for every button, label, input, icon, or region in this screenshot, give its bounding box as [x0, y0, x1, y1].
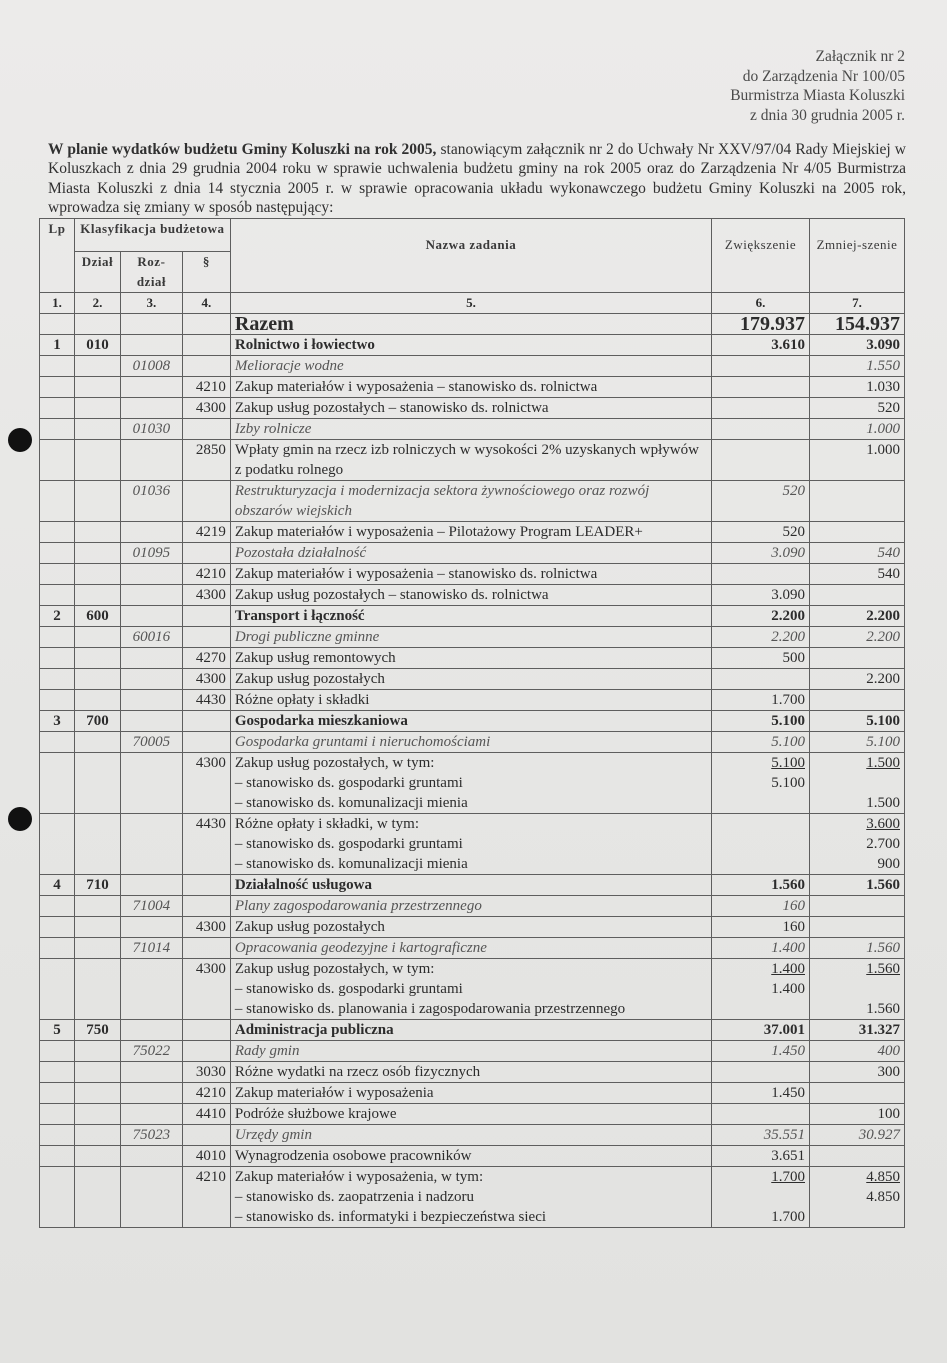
cell-nazwa-line: Zakup materiałów i wyposażenia – Pilotaż… [235, 522, 707, 542]
table-row-par: 4210Zakup materiałów i wyposażenia – sta… [40, 377, 905, 398]
cell-paragraf [182, 543, 230, 564]
cell-lp [40, 938, 75, 959]
punch-hole [8, 428, 32, 452]
cell-rozdzial: 01095 [120, 543, 182, 564]
cell-zwiekszenie: 1.4001.400 [712, 959, 810, 1020]
cell-paragraf: 4210 [182, 377, 230, 398]
header-paragraf: § [182, 252, 230, 293]
table-row-par: 4210Zakup materiałów i wyposażenia, w ty… [40, 1167, 905, 1228]
cell-nazwa: Zakup usług pozostałych, w tym:– stanowi… [230, 959, 711, 1020]
cell-zmniejszenie-line: 1.560 [814, 959, 900, 979]
cell-zwiekszenie-line: 520 [716, 522, 805, 542]
cell-zwiekszenie-line [716, 814, 805, 834]
header-zwiekszenie: Zwiększenie [712, 219, 810, 293]
cell-lp [40, 1083, 75, 1104]
cell-lp [40, 690, 75, 711]
cell-zmniejszenie [810, 917, 905, 938]
cell-zmniejszenie-line: 2.200 [814, 606, 900, 626]
cell-zmniejszenie: 520 [810, 398, 905, 419]
cell-zwiekszenie-line [716, 669, 805, 689]
cell-nazwa: Zakup materiałów i wyposażenia – stanowi… [230, 564, 711, 585]
cell-lp [40, 564, 75, 585]
cell-rozdzial [120, 522, 182, 543]
cell-nazwa: Izby rolnicze [230, 419, 711, 440]
cell-nazwa: Różne opłaty i składki [230, 690, 711, 711]
cell-zwiekszenie: 160 [712, 896, 810, 917]
cell-lp [40, 1104, 75, 1125]
cell-zmniejszenie: 31.327 [810, 1020, 905, 1041]
cell-paragraf: 4010 [182, 1146, 230, 1167]
cell-dzial: 750 [74, 1020, 120, 1041]
attachment-header: Załącznik nr 2 do Zarządzenia Nr 100/05 … [730, 47, 905, 125]
table-row-par: 2850Wpłaty gmin na rzecz izb rolniczych … [40, 440, 905, 481]
table-row-rozdzial: 70005Gospodarka gruntami i nieruchomości… [40, 732, 905, 753]
cell-paragraf [182, 938, 230, 959]
cell-rozdzial: 75022 [120, 1041, 182, 1062]
cell-rozdzial [120, 753, 182, 814]
cell-nazwa: Zakup materiałów i wyposażenia – stanowi… [230, 377, 711, 398]
cell-zmniejszenie-line: 2.700 [814, 834, 900, 854]
cell-zmniejszenie [810, 648, 905, 669]
cell-lp: 5 [40, 1020, 75, 1041]
cell-lp [40, 627, 75, 648]
cell-zmniejszenie-line: 3.090 [814, 335, 900, 355]
table-row-dzial: 4710Działalność usługowa1.5601.560 [40, 875, 905, 896]
col-index: 5. [230, 293, 711, 314]
cell-zwiekszenie-line: 1.560 [716, 875, 805, 895]
cell-zwiekszenie: 3.090 [712, 543, 810, 564]
cell-dzial [74, 585, 120, 606]
cell-nazwa: Zakup materiałów i wyposażenia, w tym:– … [230, 1167, 711, 1228]
cell-nazwa: Opracowania geodezyjne i kartograficzne [230, 938, 711, 959]
cell-lp [40, 481, 75, 522]
cell-dzial [74, 377, 120, 398]
cell-zwiekszenie: 2.200 [712, 627, 810, 648]
cell-lp [40, 814, 75, 875]
header-zmniejszenie: Zmniej-szenie [810, 219, 905, 293]
cell-zwiekszenie-line: 1.400 [716, 979, 805, 999]
cell-zwiekszenie-line [716, 999, 805, 1019]
cell-zmniejszenie [810, 896, 905, 917]
cell-paragraf: 4300 [182, 753, 230, 814]
table-row-par: 4300Zakup usług pozostałych160 [40, 917, 905, 938]
table-row-rozdzial: 01030Izby rolnicze 1.000 [40, 419, 905, 440]
cell-zwiekszenie [712, 669, 810, 690]
cell-nazwa-line: Zakup usług pozostałych – stanowisko ds.… [235, 585, 707, 605]
cell-zwiekszenie [712, 398, 810, 419]
cell-zmniejszenie: 1.030 [810, 377, 905, 398]
budget-changes-table: Lp Klasyfikacja budżetowa Nazwa zadania … [39, 218, 905, 1228]
cell-dzial [74, 419, 120, 440]
cell-zmniejszenie: 1.560 1.560 [810, 959, 905, 1020]
cell-zmniejszenie-line: 4.850 [814, 1187, 900, 1207]
cell-zwiekszenie: 500 [712, 648, 810, 669]
cell-zwiekszenie [712, 356, 810, 377]
cell-paragraf: 4210 [182, 1083, 230, 1104]
table-row-par: 3030Różne wydatki na rzecz osób fizyczny… [40, 1062, 905, 1083]
cell-nazwa-line: Zakup materiałów i wyposażenia [235, 1083, 707, 1103]
cell-zmniejszenie-line: 300 [814, 1062, 900, 1082]
cell-dzial [74, 1125, 120, 1146]
cell-zmniejszenie: 2.200 [810, 669, 905, 690]
cell-lp [40, 1041, 75, 1062]
cell-rozdzial: 01036 [120, 481, 182, 522]
table-row-par: 4300Zakup usług pozostałych 2.200 [40, 669, 905, 690]
cell-zmniejszenie-line: 1.000 [814, 440, 900, 460]
col-index: 1. [40, 293, 75, 314]
cell-zwiekszenie-line: 5.100 [716, 711, 805, 731]
cell-zwiekszenie-line: 2.200 [716, 606, 805, 626]
cell-nazwa-line: – stanowisko ds. informatyki i bezpiecze… [235, 1207, 707, 1227]
cell-zwiekszenie [712, 1104, 810, 1125]
cell-rozdzial [120, 959, 182, 1020]
cell-nazwa-line: Izby rolnicze [235, 419, 707, 439]
cell-paragraf [182, 627, 230, 648]
header-line: do Zarządzenia Nr 100/05 [730, 67, 905, 87]
cell-paragraf: 4300 [182, 585, 230, 606]
cell-nazwa-line: – stanowisko ds. komunalizacji mienia [235, 793, 707, 813]
cell-zmniejszenie-line: 4.850 [814, 1167, 900, 1187]
header-nazwa: Nazwa zadania [230, 219, 711, 293]
col-index: 4. [182, 293, 230, 314]
cell-rozdzial: 01030 [120, 419, 182, 440]
cell-lp: 4 [40, 875, 75, 896]
cell-nazwa: Pozostała działalność [230, 543, 711, 564]
cell-zmniejszenie-line [814, 773, 900, 793]
cell-rozdzial: 01008 [120, 356, 182, 377]
razem-row: Razem 179.937 154.937 [40, 314, 905, 335]
intro-paragraph: W planie wydatków budżetu Gminy Koluszki… [48, 140, 906, 217]
cell-zwiekszenie [712, 440, 810, 481]
cell-zwiekszenie: 1.700 1.700 [712, 1167, 810, 1228]
cell-zwiekszenie-line [716, 440, 805, 460]
table-row-dzial: 5750Administracja publiczna37.00131.327 [40, 1020, 905, 1041]
cell-zwiekszenie: 1.700 [712, 690, 810, 711]
cell-nazwa-line: Różne wydatki na rzecz osób fizycznych [235, 1062, 707, 1082]
cell-zmniejszenie: 30.927 [810, 1125, 905, 1146]
cell-lp [40, 959, 75, 1020]
cell-rozdzial: 75023 [120, 1125, 182, 1146]
col-index: 2. [74, 293, 120, 314]
cell-paragraf [182, 1020, 230, 1041]
cell-zmniejszenie: 2.200 [810, 606, 905, 627]
cell-nazwa: Rady gmin [230, 1041, 711, 1062]
cell-zwiekszenie: 1.450 [712, 1041, 810, 1062]
header-line: Załącznik nr 2 [730, 47, 905, 67]
cell-zwiekszenie-line [716, 398, 805, 418]
cell-zmniejszenie: 1.550 [810, 356, 905, 377]
cell-zwiekszenie: 37.001 [712, 1020, 810, 1041]
cell-rozdzial [120, 564, 182, 585]
cell-zwiekszenie [712, 419, 810, 440]
cell-nazwa: Zakup usług pozostałych [230, 917, 711, 938]
cell-dzial [74, 648, 120, 669]
cell-nazwa-line: Wpłaty gmin na rzecz izb rolniczych w wy… [235, 440, 707, 480]
cell-nazwa-line: Urzędy gmin [235, 1125, 707, 1145]
cell-rozdzial [120, 711, 182, 732]
cell-dzial [74, 356, 120, 377]
col-index: 6. [712, 293, 810, 314]
cell-paragraf: 3030 [182, 1062, 230, 1083]
cell-paragraf [182, 1041, 230, 1062]
cell-nazwa: Melioracje wodne [230, 356, 711, 377]
table-row-par: 4430Różne opłaty i składki1.700 [40, 690, 905, 711]
cell-zwiekszenie: 520 [712, 481, 810, 522]
cell-zwiekszenie-line: 3.651 [716, 1146, 805, 1166]
table-row-dzial: 3700Gospodarka mieszkaniowa5.1005.100 [40, 711, 905, 732]
table-row-par: 4300Zakup usług pozostałych, w tym:– sta… [40, 753, 905, 814]
cell-nazwa: Zakup materiałów i wyposażenia – Pilotaż… [230, 522, 711, 543]
cell-zmniejszenie-line [814, 1083, 900, 1103]
cell-nazwa-line: Zakup usług pozostałych, w tym: [235, 959, 707, 979]
cell-paragraf [182, 481, 230, 522]
cell-paragraf: 4219 [182, 522, 230, 543]
cell-rozdzial [120, 814, 182, 875]
cell-nazwa-line: Zakup usług pozostałych, w tym: [235, 753, 707, 773]
cell-nazwa: Gospodarka gruntami i nieruchomościami [230, 732, 711, 753]
cell-rozdzial [120, 585, 182, 606]
cell-rozdzial: 70005 [120, 732, 182, 753]
cell-nazwa-line: – stanowisko ds. komunalizacji mienia [235, 854, 707, 874]
cell-zmniejszenie-line: 2.200 [814, 627, 900, 647]
cell-nazwa: Administracja publiczna [230, 1020, 711, 1041]
cell-zmniejszenie-line: 5.100 [814, 732, 900, 752]
cell-zmniejszenie-line: 540 [814, 543, 900, 563]
cell-nazwa: Wpłaty gmin na rzecz izb rolniczych w wy… [230, 440, 711, 481]
cell-lp [40, 1125, 75, 1146]
cell-rozdzial: 71014 [120, 938, 182, 959]
cell-rozdzial [120, 606, 182, 627]
cell-nazwa-line: – stanowisko ds. gospodarki gruntami [235, 834, 707, 854]
cell-rozdzial [120, 917, 182, 938]
cell-dzial [74, 1083, 120, 1104]
cell-rozdzial [120, 398, 182, 419]
cell-paragraf [182, 335, 230, 356]
cell-nazwa: Wynagrodzenia osobowe pracowników [230, 1146, 711, 1167]
cell-rozdzial [120, 335, 182, 356]
cell-zmniejszenie-line: 520 [814, 398, 900, 418]
cell-nazwa: Zakup usług pozostałych, w tym:– stanowi… [230, 753, 711, 814]
table-row-par: 4410Podróże służbowe krajowe 100 [40, 1104, 905, 1125]
cell-lp [40, 522, 75, 543]
table-row-par: 4219Zakup materiałów i wyposażenia – Pil… [40, 522, 905, 543]
cell-dzial [74, 1041, 120, 1062]
cell-lp [40, 356, 75, 377]
cell-zwiekszenie: 3.090 [712, 585, 810, 606]
cell-zmniejszenie: 2.200 [810, 627, 905, 648]
cell-zmniejszenie: 540 [810, 543, 905, 564]
cell-paragraf: 4270 [182, 648, 230, 669]
cell-nazwa: Gospodarka mieszkaniowa [230, 711, 711, 732]
cell-dzial [74, 1062, 120, 1083]
cell-lp [40, 1146, 75, 1167]
cell-zwiekszenie: 5.100 [712, 711, 810, 732]
cell-paragraf [182, 711, 230, 732]
cell-paragraf [182, 732, 230, 753]
cell-zmniejszenie [810, 481, 905, 522]
header-klasyfikacja: Klasyfikacja budżetowa [74, 219, 230, 252]
cell-zwiekszenie-line [716, 1104, 805, 1124]
cell-nazwa-line: Opracowania geodezyjne i kartograficzne [235, 938, 707, 958]
table-row-rozdzial: 71014Opracowania geodezyjne i kartografi… [40, 938, 905, 959]
cell-nazwa: Różne wydatki na rzecz osób fizycznych [230, 1062, 711, 1083]
cell-nazwa-line: Zakup usług pozostałych [235, 917, 707, 937]
cell-zwiekszenie-line: 5.100 [716, 732, 805, 752]
table-row-dzial: 1010Rolnictwo i łowiectwo3.6103.090 [40, 335, 905, 356]
cell-dzial [74, 1146, 120, 1167]
cell-paragraf: 4430 [182, 814, 230, 875]
cell-dzial [74, 440, 120, 481]
cell-zmniejszenie [810, 1146, 905, 1167]
cell-zwiekszenie-line [716, 419, 805, 439]
cell-zwiekszenie-line: 37.001 [716, 1020, 805, 1040]
cell-zmniejszenie [810, 585, 905, 606]
cell-zwiekszenie-line: 1.450 [716, 1041, 805, 1061]
cell-dzial [74, 627, 120, 648]
cell-nazwa: Urzędy gmin [230, 1125, 711, 1146]
cell-zmniejszenie-line: 1.000 [814, 419, 900, 439]
cell-zmniejszenie: 5.100 [810, 732, 905, 753]
cell-paragraf [182, 606, 230, 627]
table-row-rozdzial: 01036Restrukturyzacja i modernizacja sek… [40, 481, 905, 522]
cell-dzial: 010 [74, 335, 120, 356]
cell-lp: 2 [40, 606, 75, 627]
cell-nazwa: Transport i łączność [230, 606, 711, 627]
cell-nazwa: Podróże służbowe krajowe [230, 1104, 711, 1125]
cell-lp [40, 732, 75, 753]
cell-nazwa-line: – stanowisko ds. zaopatrzenia i nadzoru [235, 1187, 707, 1207]
table-row-par: 4430Różne opłaty i składki, w tym:– stan… [40, 814, 905, 875]
cell-nazwa-line: Restrukturyzacja i modernizacja sektora … [235, 481, 707, 521]
cell-nazwa-line: Pozostała działalność [235, 543, 707, 563]
cell-zwiekszenie-line: 3.090 [716, 585, 805, 605]
cell-nazwa: Drogi publiczne gminne [230, 627, 711, 648]
table-row-dzial: 2600Transport i łączność2.2002.200 [40, 606, 905, 627]
cell-paragraf [182, 419, 230, 440]
cell-zmniejszenie-line: 540 [814, 564, 900, 584]
cell-zwiekszenie-line [716, 793, 805, 813]
cell-zwiekszenie: 520 [712, 522, 810, 543]
cell-zmniejszenie-line: 30.927 [814, 1125, 900, 1145]
cell-zmniejszenie: 540 [810, 564, 905, 585]
table-row-rozdzial: 71004Plany zagospodarowania przestrzenne… [40, 896, 905, 917]
cell-lp [40, 419, 75, 440]
cell-zwiekszenie-line: 1.400 [716, 959, 805, 979]
cell-paragraf [182, 896, 230, 917]
cell-lp: 1 [40, 335, 75, 356]
cell-nazwa-line: Rolnictwo i łowiectwo [235, 335, 707, 355]
cell-nazwa: Zakup usług pozostałych – stanowisko ds.… [230, 585, 711, 606]
cell-nazwa-line: Zakup materiałów i wyposażenia – stanowi… [235, 564, 707, 584]
cell-nazwa-line: Zakup materiałów i wyposażenia, w tym: [235, 1167, 707, 1187]
cell-zwiekszenie-line: 35.551 [716, 1125, 805, 1145]
cell-zmniejszenie-line [814, 979, 900, 999]
cell-dzial [74, 481, 120, 522]
cell-paragraf: 4300 [182, 669, 230, 690]
cell-lp [40, 377, 75, 398]
cell-nazwa-line: – stanowisko ds. planowania i zagospodar… [235, 999, 707, 1019]
cell-dzial [74, 398, 120, 419]
cell-lp [40, 543, 75, 564]
cell-zmniejszenie: 5.100 [810, 711, 905, 732]
cell-dzial: 600 [74, 606, 120, 627]
cell-dzial: 710 [74, 875, 120, 896]
cell-dzial [74, 814, 120, 875]
cell-nazwa: Zakup usług pozostałych – stanowisko ds.… [230, 398, 711, 419]
cell-nazwa-line: Melioracje wodne [235, 356, 707, 376]
table-row-rozdzial: 01008Melioracje wodne 1.550 [40, 356, 905, 377]
table-row-par: 4270Zakup usług remontowych500 [40, 648, 905, 669]
cell-zwiekszenie-line: 160 [716, 917, 805, 937]
cell-zwiekszenie-line [716, 1062, 805, 1082]
table-row-rozdzial: 01095Pozostała działalność3.090540 [40, 543, 905, 564]
cell-nazwa: Rolnictwo i łowiectwo [230, 335, 711, 356]
col-index: 3. [120, 293, 182, 314]
cell-paragraf: 4410 [182, 1104, 230, 1125]
cell-zmniejszenie-line: 400 [814, 1041, 900, 1061]
cell-rozdzial [120, 669, 182, 690]
cell-dzial [74, 938, 120, 959]
cell-zmniejszenie: 1.000 [810, 440, 905, 481]
cell-dzial [74, 669, 120, 690]
cell-nazwa: Działalność usługowa [230, 875, 711, 896]
cell-zwiekszenie [712, 814, 810, 875]
cell-zmniejszenie: 3.090 [810, 335, 905, 356]
cell-zwiekszenie: 3.651 [712, 1146, 810, 1167]
cell-zwiekszenie: 1.560 [712, 875, 810, 896]
cell-zwiekszenie-line [716, 1187, 805, 1207]
cell-zmniejszenie-line: 1.030 [814, 377, 900, 397]
table-row-par: 4300Zakup usług pozostałych – stanowisko… [40, 585, 905, 606]
cell-zmniejszenie-line [814, 896, 900, 916]
cell-zmniejszenie: 100 [810, 1104, 905, 1125]
cell-nazwa-line: Działalność usługowa [235, 875, 707, 895]
cell-nazwa-line: Drogi publiczne gminne [235, 627, 707, 647]
cell-zmniejszenie: 1.560 [810, 875, 905, 896]
cell-paragraf: 2850 [182, 440, 230, 481]
cell-zmniejszenie: 1.000 [810, 419, 905, 440]
cell-zmniejszenie: 300 [810, 1062, 905, 1083]
cell-zwiekszenie: 5.100 [712, 732, 810, 753]
cell-rozdzial: 60016 [120, 627, 182, 648]
header-line: z dnia 30 grudnia 2005 r. [730, 106, 905, 126]
cell-zwiekszenie-line: 5.100 [716, 753, 805, 773]
cell-zwiekszenie-line: 3.610 [716, 335, 805, 355]
cell-zmniejszenie [810, 522, 905, 543]
cell-nazwa-line: Zakup usług pozostałych [235, 669, 707, 689]
cell-zmniejszenie: 4.8504.850 [810, 1167, 905, 1228]
cell-zwiekszenie: 3.610 [712, 335, 810, 356]
cell-paragraf [182, 875, 230, 896]
cell-zmniejszenie-line: 1.560 [814, 999, 900, 1019]
cell-nazwa-line: Zakup materiałów i wyposażenia – stanowi… [235, 377, 707, 397]
cell-dzial [74, 917, 120, 938]
cell-lp [40, 669, 75, 690]
cell-lp [40, 896, 75, 917]
cell-zwiekszenie: 160 [712, 917, 810, 938]
cell-lp [40, 753, 75, 814]
cell-nazwa: Restrukturyzacja i modernizacja sektora … [230, 481, 711, 522]
cell-dzial [74, 732, 120, 753]
cell-rozdzial [120, 440, 182, 481]
cell-dzial [74, 1167, 120, 1228]
cell-zmniejszenie-line: 5.100 [814, 711, 900, 731]
cell-zwiekszenie: 2.200 [712, 606, 810, 627]
cell-zmniejszenie-line: 100 [814, 1104, 900, 1124]
cell-paragraf: 4300 [182, 917, 230, 938]
cell-lp [40, 648, 75, 669]
cell-lp [40, 1167, 75, 1228]
